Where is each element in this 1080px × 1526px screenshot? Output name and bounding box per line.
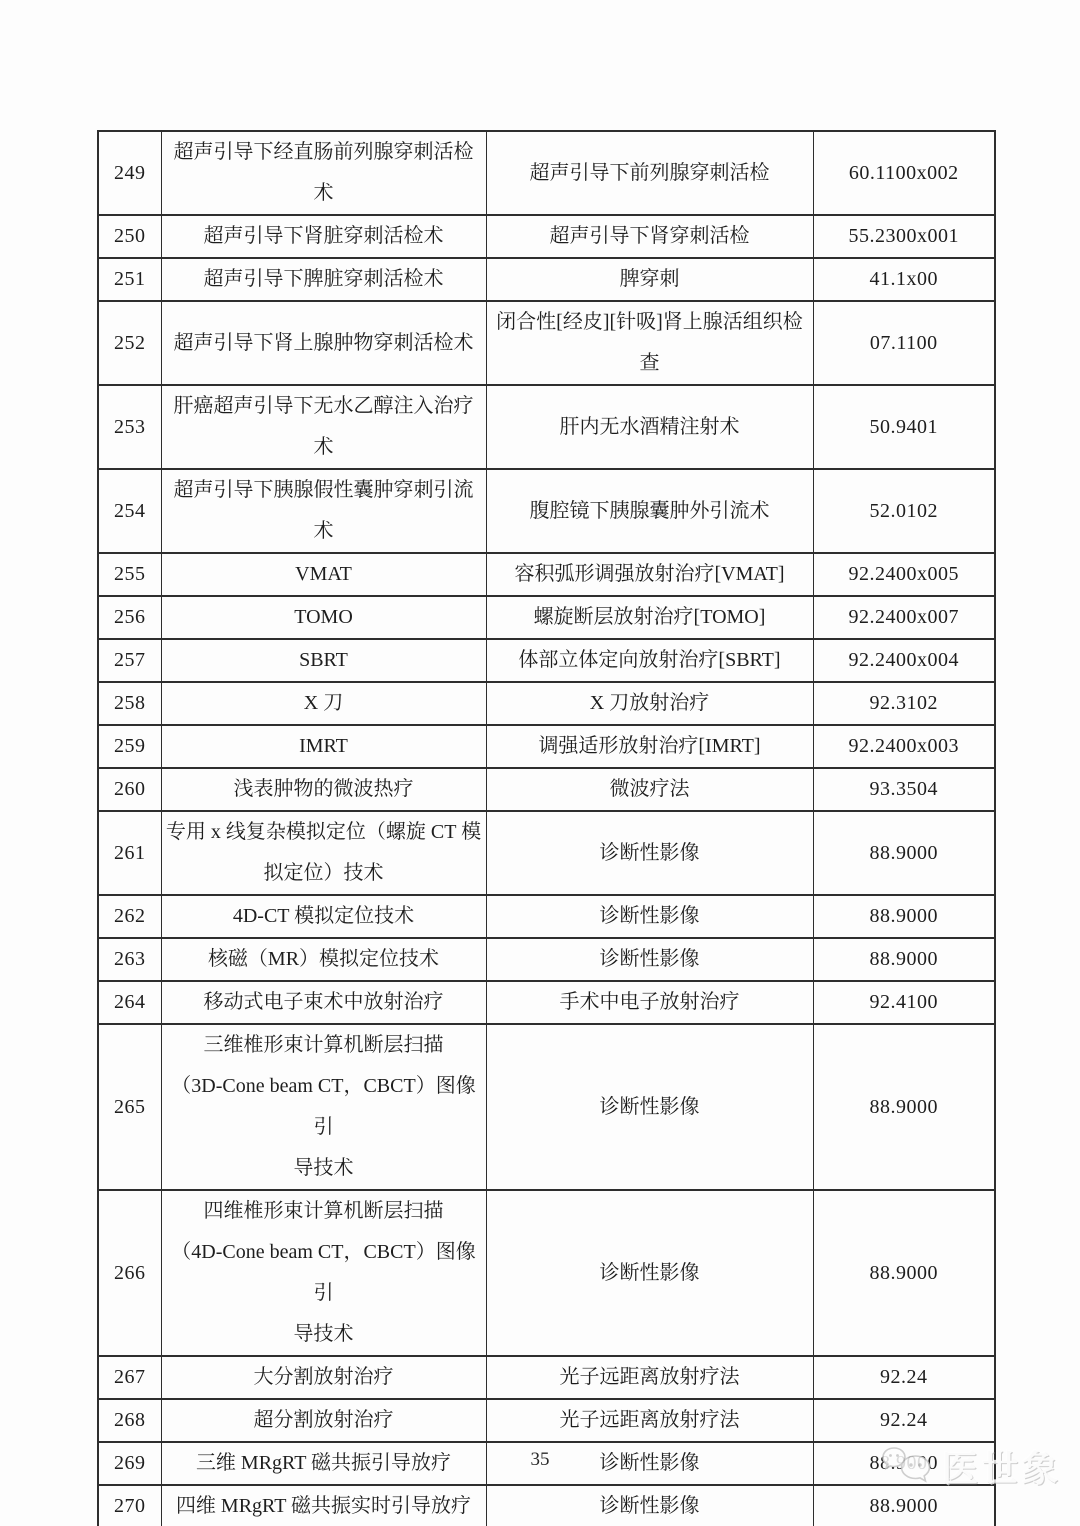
procedure-name-cell: IMRT [161, 725, 486, 768]
code-cell: 52.0102 [813, 469, 995, 553]
row-number-cell: 252 [98, 301, 161, 385]
procedure-name-cell: VMAT [161, 553, 486, 596]
code-cell: 07.1100 [813, 301, 995, 385]
procedure-name-cell: SBRT [161, 639, 486, 682]
mapped-name-cell: 体部立体定向放射治疗[SBRT] [486, 639, 813, 682]
code-cell: 60.1100x002 [813, 131, 995, 215]
row-number-cell: 260 [98, 768, 161, 811]
row-number-cell: 258 [98, 682, 161, 725]
procedure-name-cell: 肝癌超声引导下无水乙醇注入治疗 术 [161, 385, 486, 469]
table-row: 258 X 刀 X 刀放射治疗 92.3102 [98, 682, 995, 725]
row-number-cell: 250 [98, 215, 161, 258]
row-number-cell: 267 [98, 1356, 161, 1399]
mapped-name-cell: 光子远距离放射疗法 [486, 1399, 813, 1442]
procedure-name-cell: X 刀 [161, 682, 486, 725]
code-cell: 92.2400x003 [813, 725, 995, 768]
table-row: 253 肝癌超声引导下无水乙醇注入治疗 术 肝内无水酒精注射术 50.9401 [98, 385, 995, 469]
mapped-name-cell: 容积弧形调强放射治疗[VMAT] [486, 553, 813, 596]
table-row: 264 移动式电子束术中放射治疗 手术中电子放射治疗 92.4100 [98, 981, 995, 1024]
row-number-cell: 251 [98, 258, 161, 301]
mapped-name-cell: 超声引导下前列腺穿刺活检 [486, 131, 813, 215]
mapped-name-cell: 诊断性影像 [486, 938, 813, 981]
row-number-cell: 268 [98, 1399, 161, 1442]
procedure-name-cell: 浅表肿物的微波热疗 [161, 768, 486, 811]
row-number-cell: 263 [98, 938, 161, 981]
code-cell: 92.2400x005 [813, 553, 995, 596]
code-cell: 88.9000 [813, 938, 995, 981]
procedure-name-cell: 超声引导下胰腺假性囊肿穿刺引流 术 [161, 469, 486, 553]
row-number-cell: 259 [98, 725, 161, 768]
mapped-name-cell: 肝内无水酒精注射术 [486, 385, 813, 469]
table-row: 267 大分割放射治疗 光子远距离放射疗法 92.24 [98, 1356, 995, 1399]
chat-bubbles-logo-icon [880, 1444, 938, 1490]
table-row: 255 VMAT 容积弧形调强放射治疗[VMAT] 92.2400x005 [98, 553, 995, 596]
row-number-cell: 254 [98, 469, 161, 553]
code-cell: 92.24 [813, 1356, 995, 1399]
mapped-name-cell: 超声引导下肾穿刺活检 [486, 215, 813, 258]
mapped-name-cell: X 刀放射治疗 [486, 682, 813, 725]
row-number-cell: 255 [98, 553, 161, 596]
brand-watermark: 医世象 [880, 1441, 1062, 1492]
row-number-cell: 264 [98, 981, 161, 1024]
code-cell: 55.2300x001 [813, 215, 995, 258]
table-row: 259 IMRT 调强适形放射治疗[IMRT] 92.2400x003 [98, 725, 995, 768]
procedure-name-cell: 4D-CT 模拟定位技术 [161, 895, 486, 938]
procedure-name-cell: 四维椎形束计算机断层扫描 （4D-Cone beam CT，CBCT）图像引 导… [161, 1190, 486, 1356]
procedure-name-cell: 三维椎形束计算机断层扫描 （3D-Cone beam CT，CBCT）图像引 导… [161, 1024, 486, 1190]
procedure-name-cell: 超声引导下肾上腺肿物穿刺活检术 [161, 301, 486, 385]
code-cell: 92.2400x007 [813, 596, 995, 639]
procedure-name-cell: 超声引导下经直肠前列腺穿刺活检 术 [161, 131, 486, 215]
table-row: 266 四维椎形束计算机断层扫描 （4D-Cone beam CT，CBCT）图… [98, 1190, 995, 1356]
mapped-name-cell: 脾穿刺 [486, 258, 813, 301]
row-number-cell: 262 [98, 895, 161, 938]
row-number-cell: 265 [98, 1024, 161, 1190]
row-number-cell: 253 [98, 385, 161, 469]
code-cell: 92.24 [813, 1399, 995, 1442]
row-number-cell: 270 [98, 1485, 161, 1526]
mapped-name-cell: 螺旋断层放射治疗[TOMO] [486, 596, 813, 639]
table-row: 249 超声引导下经直肠前列腺穿刺活检 术 超声引导下前列腺穿刺活检 60.11… [98, 131, 995, 215]
procedures-table: 249 超声引导下经直肠前列腺穿刺活检 术 超声引导下前列腺穿刺活检 60.11… [97, 130, 996, 1526]
table-row: 254 超声引导下胰腺假性囊肿穿刺引流 术 腹腔镜下胰腺囊肿外引流术 52.01… [98, 469, 995, 553]
code-cell: 92.2400x004 [813, 639, 995, 682]
row-number-cell: 257 [98, 639, 161, 682]
table-row: 261 专用 x 线复杂模拟定位（螺旋 CT 模 拟定位）技术 诊断性影像 88… [98, 811, 995, 895]
row-number-cell: 256 [98, 596, 161, 639]
brand-name: 医世象 [942, 1441, 1062, 1492]
mapped-name-cell: 诊断性影像 [486, 811, 813, 895]
procedure-name-cell: 四维 MRgRT 磁共振实时引导放疗 [161, 1485, 486, 1526]
table-row: 265 三维椎形束计算机断层扫描 （3D-Cone beam CT，CBCT）图… [98, 1024, 995, 1190]
procedure-name-cell: 移动式电子束术中放射治疗 [161, 981, 486, 1024]
table-row: 268 超分割放射治疗 光子远距离放射疗法 92.24 [98, 1399, 995, 1442]
code-cell: 50.9401 [813, 385, 995, 469]
code-cell: 88.9000 [813, 811, 995, 895]
row-number-cell: 249 [98, 131, 161, 215]
mapped-name-cell: 手术中电子放射治疗 [486, 981, 813, 1024]
mapped-name-cell: 诊断性影像 [486, 1485, 813, 1526]
code-cell: 88.9000 [813, 895, 995, 938]
procedure-name-cell: 超分割放射治疗 [161, 1399, 486, 1442]
procedure-name-cell: 专用 x 线复杂模拟定位（螺旋 CT 模 拟定位）技术 [161, 811, 486, 895]
mapped-name-cell: 调强适形放射治疗[IMRT] [486, 725, 813, 768]
code-cell: 93.3504 [813, 768, 995, 811]
procedure-name-cell: 大分割放射治疗 [161, 1356, 486, 1399]
table-row: 260 浅表肿物的微波热疗 微波疗法 93.3504 [98, 768, 995, 811]
procedure-name-cell: 超声引导下肾脏穿刺活检术 [161, 215, 486, 258]
procedure-name-cell: 超声引导下脾脏穿刺活检术 [161, 258, 486, 301]
table-row: 251 超声引导下脾脏穿刺活检术 脾穿刺 41.1x00 [98, 258, 995, 301]
mapped-name-cell: 诊断性影像 [486, 1024, 813, 1190]
code-cell: 88.9000 [813, 1024, 995, 1190]
mapped-name-cell: 腹腔镜下胰腺囊肿外引流术 [486, 469, 813, 553]
row-number-cell: 261 [98, 811, 161, 895]
mapped-name-cell: 诊断性影像 [486, 1190, 813, 1356]
procedure-name-cell: TOMO [161, 596, 486, 639]
table-row: 262 4D-CT 模拟定位技术 诊断性影像 88.9000 [98, 895, 995, 938]
table-row: 270 四维 MRgRT 磁共振实时引导放疗 诊断性影像 88.9000 [98, 1485, 995, 1526]
mapped-name-cell: 诊断性影像 [486, 895, 813, 938]
code-cell: 88.9000 [813, 1190, 995, 1356]
mapped-name-cell: 微波疗法 [486, 768, 813, 811]
code-cell: 92.4100 [813, 981, 995, 1024]
row-number-cell: 266 [98, 1190, 161, 1356]
document-page: 249 超声引导下经直肠前列腺穿刺活检 术 超声引导下前列腺穿刺活检 60.11… [0, 0, 1080, 1526]
mapped-name-cell: 光子远距离放射疗法 [486, 1356, 813, 1399]
code-cell: 92.3102 [813, 682, 995, 725]
table-row: 250 超声引导下肾脏穿刺活检术 超声引导下肾穿刺活检 55.2300x001 [98, 215, 995, 258]
mapped-name-cell: 闭合性[经皮][针吸]肾上腺活组织检 查 [486, 301, 813, 385]
table-row: 263 核磁（MR）模拟定位技术 诊断性影像 88.9000 [98, 938, 995, 981]
table-row: 252 超声引导下肾上腺肿物穿刺活检术 闭合性[经皮][针吸]肾上腺活组织检 查… [98, 301, 995, 385]
code-cell: 41.1x00 [813, 258, 995, 301]
table-row: 256 TOMO 螺旋断层放射治疗[TOMO] 92.2400x007 [98, 596, 995, 639]
table-row: 257 SBRT 体部立体定向放射治疗[SBRT] 92.2400x004 [98, 639, 995, 682]
procedure-name-cell: 核磁（MR）模拟定位技术 [161, 938, 486, 981]
